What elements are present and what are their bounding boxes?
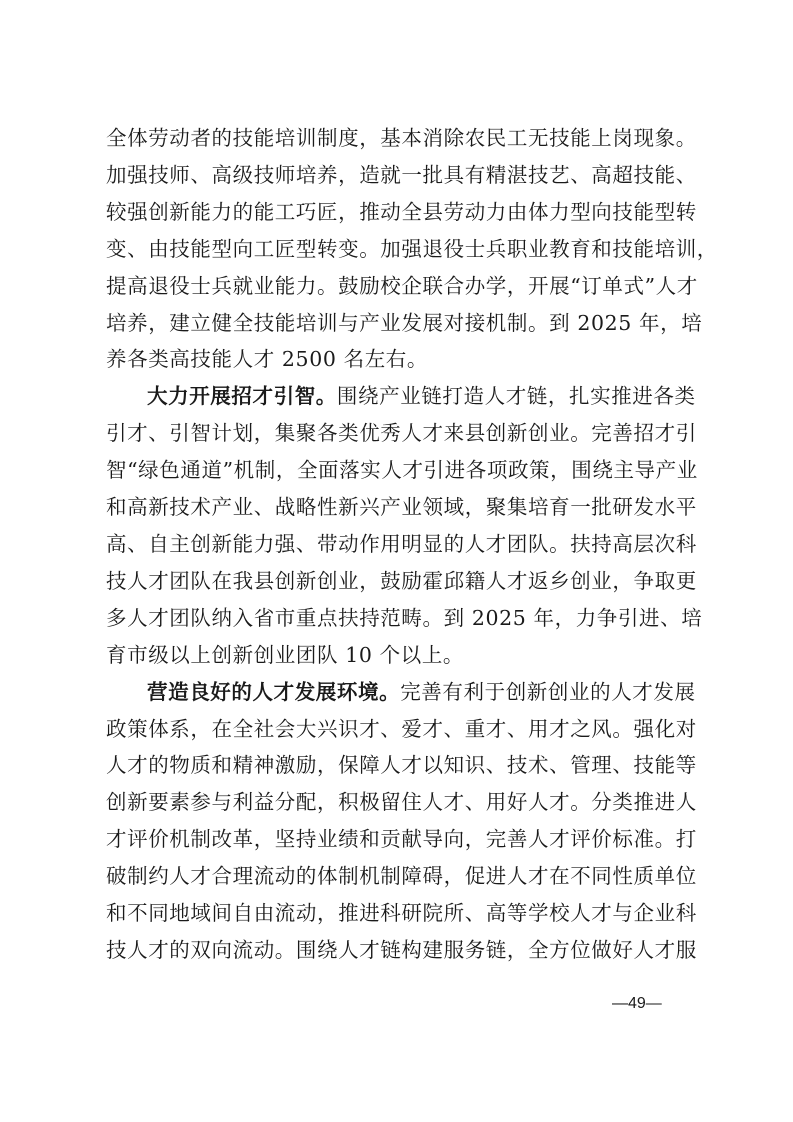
text-run: 围绕产业链打造人才链，扎实推进各类 (337, 384, 696, 408)
text-run: 完善有利于创新创业的人才发展 (400, 680, 695, 704)
paragraph-talent-recruitment: 大力开展招才引智。围绕产业链打造人才链，扎实推进各类 引才、引智计划，集聚各类优… (106, 378, 692, 673)
paragraph-heading: 营造良好的人才发展环境。 (147, 680, 400, 704)
text-line: 多人才团队纳入省市重点扶持范畴。到 2025 年，力争引进、培 (106, 600, 692, 637)
text-line: 技人才的双向流动。围绕人才链构建服务链，全方位做好人才服 (106, 932, 692, 969)
text-line: 和不同地域间自由流动，推进科研院所、高等学校人才与企业科 (106, 895, 692, 932)
paragraph-talent-environment: 营造良好的人才发展环境。完善有利于创新创业的人才发展 政策体系，在全社会大兴识才… (106, 674, 692, 969)
text-line: 提高退役士兵就业能力。鼓励校企联合办学，开展“订单式”人才 (106, 268, 692, 305)
text-line: 才评价机制改革，坚持业绩和贡献导向，完善人才评价标准。打 (106, 821, 692, 858)
text-line: 破制约人才合理流动的体制机制障碍，促进人才在不同性质单位 (106, 858, 692, 895)
paragraph-heading: 大力开展招才引智。 (147, 384, 337, 408)
text-line: 养各类高技能人才 2500 名左右。 (106, 341, 692, 378)
text-line: 培养，建立健全技能培训与产业发展对接机制。到 2025 年，培 (106, 305, 692, 342)
text-line: 变、由技能型向工匠型转变。加强退役士兵职业教育和技能培训， (106, 231, 692, 268)
body-text: 全体劳动者的技能培训制度，基本消除农民工无技能上岗现象。 加强技师、高级技师培养… (106, 120, 692, 969)
text-line: 加强技师、高级技师培养，造就一批具有精湛技艺、高超技能、 (106, 157, 692, 194)
page-number: —49— (612, 995, 662, 1013)
text-line: 全体劳动者的技能培训制度，基本消除农民工无技能上岗现象。 (106, 120, 692, 157)
text-line: 创新要素参与利益分配，积极留住人才、用好人才。分类推进人 (106, 784, 692, 821)
text-line: 较强创新能力的能工巧匠，推动全县劳动力由体力型向技能型转 (106, 194, 692, 231)
text-line: 智“绿色通道”机制，全面落实人才引进各项政策，围绕主导产业 (106, 452, 692, 489)
text-line: 育市级以上创新创业团队 10 个以上。 (106, 637, 692, 674)
text-line: 人才的物质和精神激励，保障人才以知识、技术、管理、技能等 (106, 747, 692, 784)
text-line: 高、自主创新能力强、带动作用明显的人才团队。扶持高层次科 (106, 526, 692, 563)
text-line: 营造良好的人才发展环境。完善有利于创新创业的人才发展 (106, 674, 692, 711)
text-line: 和高新技术产业、战略性新兴产业领域，聚集培育一批研发水平 (106, 489, 692, 526)
text-line: 政策体系，在全社会大兴识才、爱才、重才、用才之风。强化对 (106, 711, 692, 748)
paragraph-skills-training: 全体劳动者的技能培训制度，基本消除农民工无技能上岗现象。 加强技师、高级技师培养… (106, 120, 692, 378)
text-line: 技人才团队在我县创新创业，鼓励霍邱籍人才返乡创业，争取更 (106, 563, 692, 600)
document-page: 全体劳动者的技能培训制度，基本消除农民工无技能上岗现象。 加强技师、高级技师培养… (0, 0, 793, 1122)
text-line: 大力开展招才引智。围绕产业链打造人才链，扎实推进各类 (106, 378, 692, 415)
text-line: 引才、引智计划，集聚各类优秀人才来县创新创业。完善招才引 (106, 415, 692, 452)
